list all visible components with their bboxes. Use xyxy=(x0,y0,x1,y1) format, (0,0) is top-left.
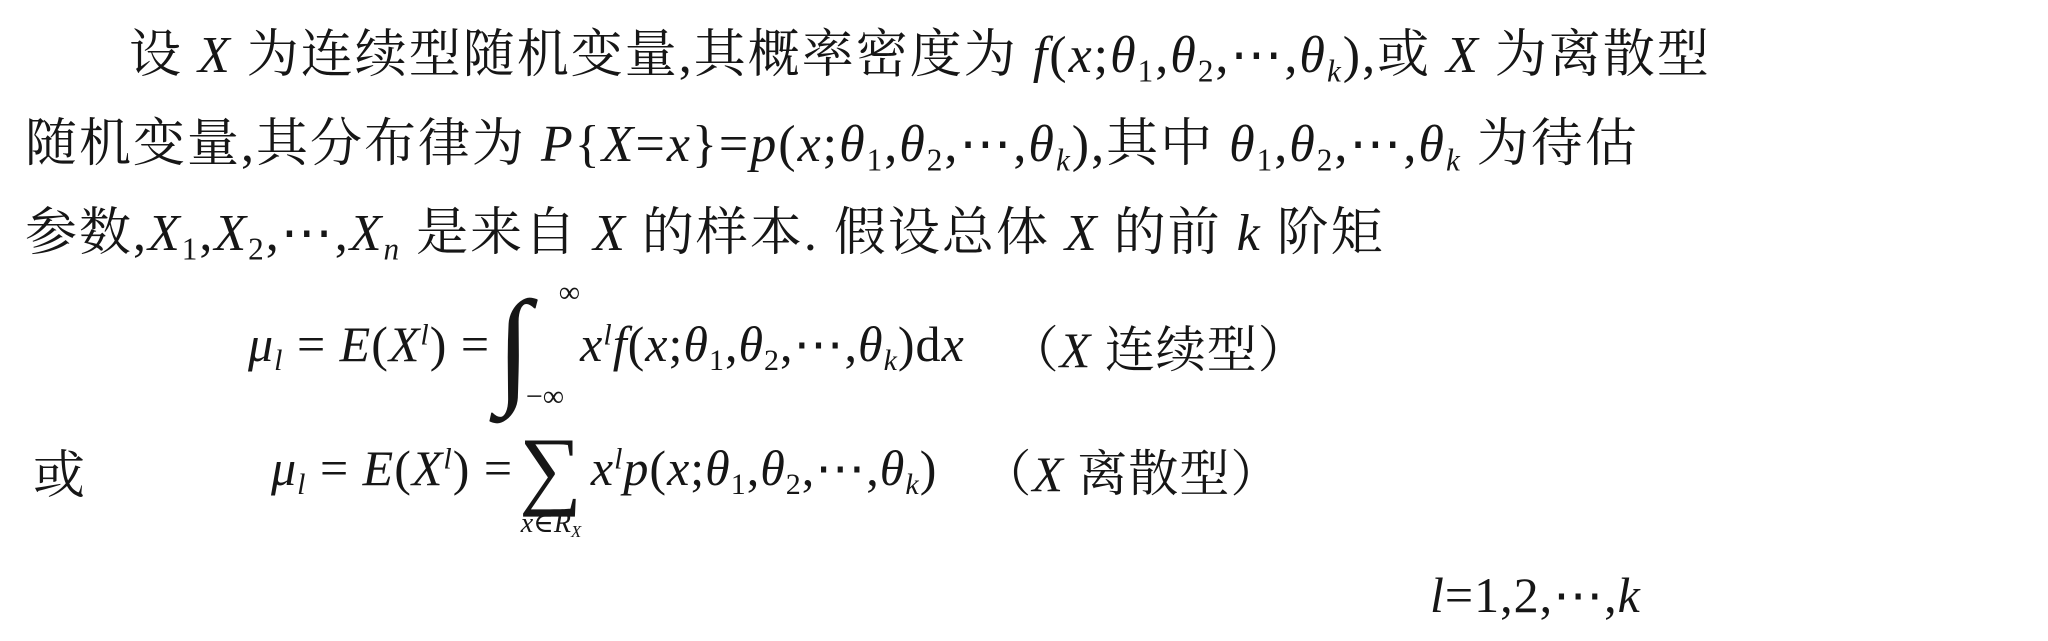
formula-lhs: μl = E(Xl) = xyxy=(248,315,490,378)
text-run: l xyxy=(614,442,623,475)
text-run: 为连续型随机变量,其概率密度为 xyxy=(232,27,1033,84)
text-run: l xyxy=(603,318,612,351)
text-run: l xyxy=(1430,567,1445,623)
paragraph-line-2: 随机变量,其分布律为 P{X=x}=p(x;θ1,θ2,⋯,θk),其中 θ1,… xyxy=(25,101,1639,178)
text-run: k xyxy=(1618,567,1641,623)
text-run: θ xyxy=(683,316,709,372)
text-run: R xyxy=(554,508,571,539)
text-run: , xyxy=(747,440,761,496)
text-run: 1 xyxy=(182,231,200,266)
discrete-case-qualifier: （X 离散型） xyxy=(981,434,1281,506)
text-run: f xyxy=(613,316,628,372)
text-run: （ xyxy=(1009,322,1060,378)
text-run: = xyxy=(283,316,339,372)
text-run: X xyxy=(198,27,232,84)
text-run: 为离散型 xyxy=(1480,27,1711,84)
text-run: , xyxy=(1274,116,1289,173)
integrand-expression: xlf(x;θ1,θ2,⋯,θk)dx xyxy=(580,315,965,378)
text-run: X xyxy=(1060,322,1092,378)
text-run: μ xyxy=(248,316,274,372)
text-run: X xyxy=(602,116,636,173)
text-run: X xyxy=(593,205,627,262)
paragraph-line-3: 参数,X1,X2,⋯,Xn 是来自 X 的样本. 假设总体 X 的前 k 阶矩 xyxy=(25,190,1385,267)
text-run: θ xyxy=(1028,116,1056,173)
text-run: 是来自 xyxy=(401,205,593,262)
text-run: x xyxy=(591,440,614,496)
text-run: ; xyxy=(823,116,839,173)
text-run: ) xyxy=(920,440,938,496)
text-run: θ xyxy=(880,440,906,496)
text-run: ( xyxy=(394,440,412,496)
text-run: x xyxy=(667,440,690,496)
text-run: 连续型） xyxy=(1091,322,1309,378)
text-run: θ xyxy=(760,440,786,496)
text-run: 为待估 xyxy=(1462,116,1639,173)
text-run: 设 xyxy=(129,27,198,84)
formula-continuous-moment: μl = E(Xl) = ∫ ∞ −∞ xlf(x;θ1,θ2,⋯,θk)dx … xyxy=(248,272,1309,420)
text-run: X xyxy=(412,440,444,496)
text-run: 2 xyxy=(927,142,945,177)
text-run: , xyxy=(725,316,739,372)
text-run: k xyxy=(905,468,919,501)
text-run: l xyxy=(420,318,429,351)
text-run: ; xyxy=(1094,27,1110,84)
text-run: k xyxy=(1056,142,1072,177)
text-run: p xyxy=(750,116,778,173)
integral-operator: ∫ ∞ −∞ xyxy=(496,276,580,416)
index-range-line: l=1,2,⋯,k xyxy=(1430,566,1641,624)
text-run: k xyxy=(884,344,898,377)
text-run: θ xyxy=(705,440,731,496)
text-run: X xyxy=(148,205,182,262)
text-run: 2 xyxy=(1317,142,1335,177)
text-run: X xyxy=(350,205,384,262)
text-run: p xyxy=(623,440,649,496)
text-run: k xyxy=(1237,205,1262,262)
text-run: ( xyxy=(371,316,389,372)
text-run: θ xyxy=(1170,27,1198,84)
text-run: ( xyxy=(1049,27,1068,84)
text-run: ,⋯, xyxy=(1215,27,1299,84)
text-run: 2 xyxy=(1198,53,1216,88)
text-run: ; xyxy=(690,440,705,496)
text-run: ,⋯, xyxy=(780,316,858,372)
text-run: （ xyxy=(981,446,1032,502)
text-run: , xyxy=(884,116,899,173)
text-run: k xyxy=(1446,142,1462,177)
text-run: ,⋯, xyxy=(944,116,1028,173)
text-run: θ xyxy=(1110,27,1138,84)
text-run: = xyxy=(636,116,667,173)
text-run: x xyxy=(667,116,692,173)
text-run: =1,2,⋯, xyxy=(1445,567,1618,623)
text-run: X xyxy=(214,205,248,262)
text-run: x xyxy=(942,316,965,372)
text-run: , xyxy=(199,205,214,262)
text-run: X xyxy=(1065,205,1099,262)
text-run: ),或 xyxy=(1343,27,1446,84)
text-run: 1 xyxy=(1257,142,1275,177)
text-run: E xyxy=(363,440,395,496)
formula-discrete-moment: 或 μl = E(Xl) = ∑ x∈RX xlp(x;θ1,θ2,⋯,θk) … xyxy=(33,418,1281,522)
text-run: 2 xyxy=(764,344,780,377)
text-run: θ xyxy=(738,316,764,372)
text-run: k xyxy=(1327,53,1343,88)
summation-operator: ∑ x∈RX xyxy=(519,426,583,514)
text-run: θ xyxy=(1299,27,1327,84)
text-run: X xyxy=(1446,27,1480,84)
text-run: ) = xyxy=(430,316,490,372)
summand-expression: xlp(x;θ1,θ2,⋯,θk) xyxy=(591,439,937,502)
text-run: ( xyxy=(778,116,797,173)
text-run: μ xyxy=(271,440,297,496)
text-run: 1 xyxy=(731,468,747,501)
text-run: ),其中 xyxy=(1072,116,1229,173)
text-run: x xyxy=(580,316,603,372)
text-run: }= xyxy=(692,116,750,173)
textbook-page: 设 X 为连续型随机变量,其概率密度为 f(x;θ1,θ2,⋯,θk),或 X … xyxy=(0,0,2048,641)
text-run: E xyxy=(340,316,372,372)
text-run: θ xyxy=(1418,116,1446,173)
text-run: ( xyxy=(649,440,667,496)
paragraph-line-1: 设 X 为连续型随机变量,其概率密度为 f(x;θ1,θ2,⋯,θk),或 X … xyxy=(129,12,1711,89)
text-run: θ xyxy=(858,316,884,372)
text-run: ,⋯, xyxy=(802,440,880,496)
text-run: 的前 xyxy=(1099,205,1237,262)
text-run: θ xyxy=(839,116,867,173)
integral-upper-limit: ∞ xyxy=(559,276,580,310)
text-run: )d xyxy=(898,316,942,372)
text-run: x xyxy=(1069,27,1094,84)
text-run: 1 xyxy=(867,142,885,177)
text-run: P xyxy=(541,116,575,173)
summation-subscript: x∈RX xyxy=(521,506,582,542)
text-run: f xyxy=(1033,27,1049,84)
summation-sign: ∑ xyxy=(519,426,583,514)
text-run: X xyxy=(389,316,421,372)
text-run: ,⋯, xyxy=(266,205,350,262)
text-run: n xyxy=(384,231,402,266)
text-run: 1 xyxy=(1138,53,1156,88)
text-run: 2 xyxy=(248,231,266,266)
text-run: = xyxy=(306,440,362,496)
text-run: θ xyxy=(1229,116,1257,173)
text-run: 1 xyxy=(709,344,725,377)
continuous-case-qualifier: （X 连续型） xyxy=(1009,310,1309,382)
text-run: 随机变量,其分布律为 xyxy=(25,116,541,173)
text-run: x xyxy=(798,116,823,173)
or-connector: 或 xyxy=(33,433,86,508)
text-run: ,⋯, xyxy=(1334,116,1418,173)
text-run: x xyxy=(645,316,668,372)
text-run: l xyxy=(443,442,452,475)
text-run: X xyxy=(571,522,581,541)
text-run: θ xyxy=(1289,116,1317,173)
integral-lower-limit: −∞ xyxy=(526,380,564,414)
formula-lhs: μl = E(Xl) = xyxy=(271,439,513,502)
text-run: ; xyxy=(668,316,683,372)
text-run: 离散型） xyxy=(1064,446,1282,502)
text-run: { xyxy=(575,116,602,173)
text-run: θ xyxy=(899,116,927,173)
text-run: 的样本. 假设总体 xyxy=(627,205,1065,262)
text-run: X xyxy=(1032,446,1064,502)
text-run: 参数, xyxy=(25,205,148,262)
text-run: ( xyxy=(628,316,646,372)
text-run: ∈ xyxy=(533,508,554,539)
text-run: , xyxy=(1155,27,1170,84)
text-run: x xyxy=(521,508,533,539)
text-run: 阶矩 xyxy=(1262,205,1385,262)
text-run: 2 xyxy=(786,468,802,501)
text-run: ) = xyxy=(453,440,513,496)
